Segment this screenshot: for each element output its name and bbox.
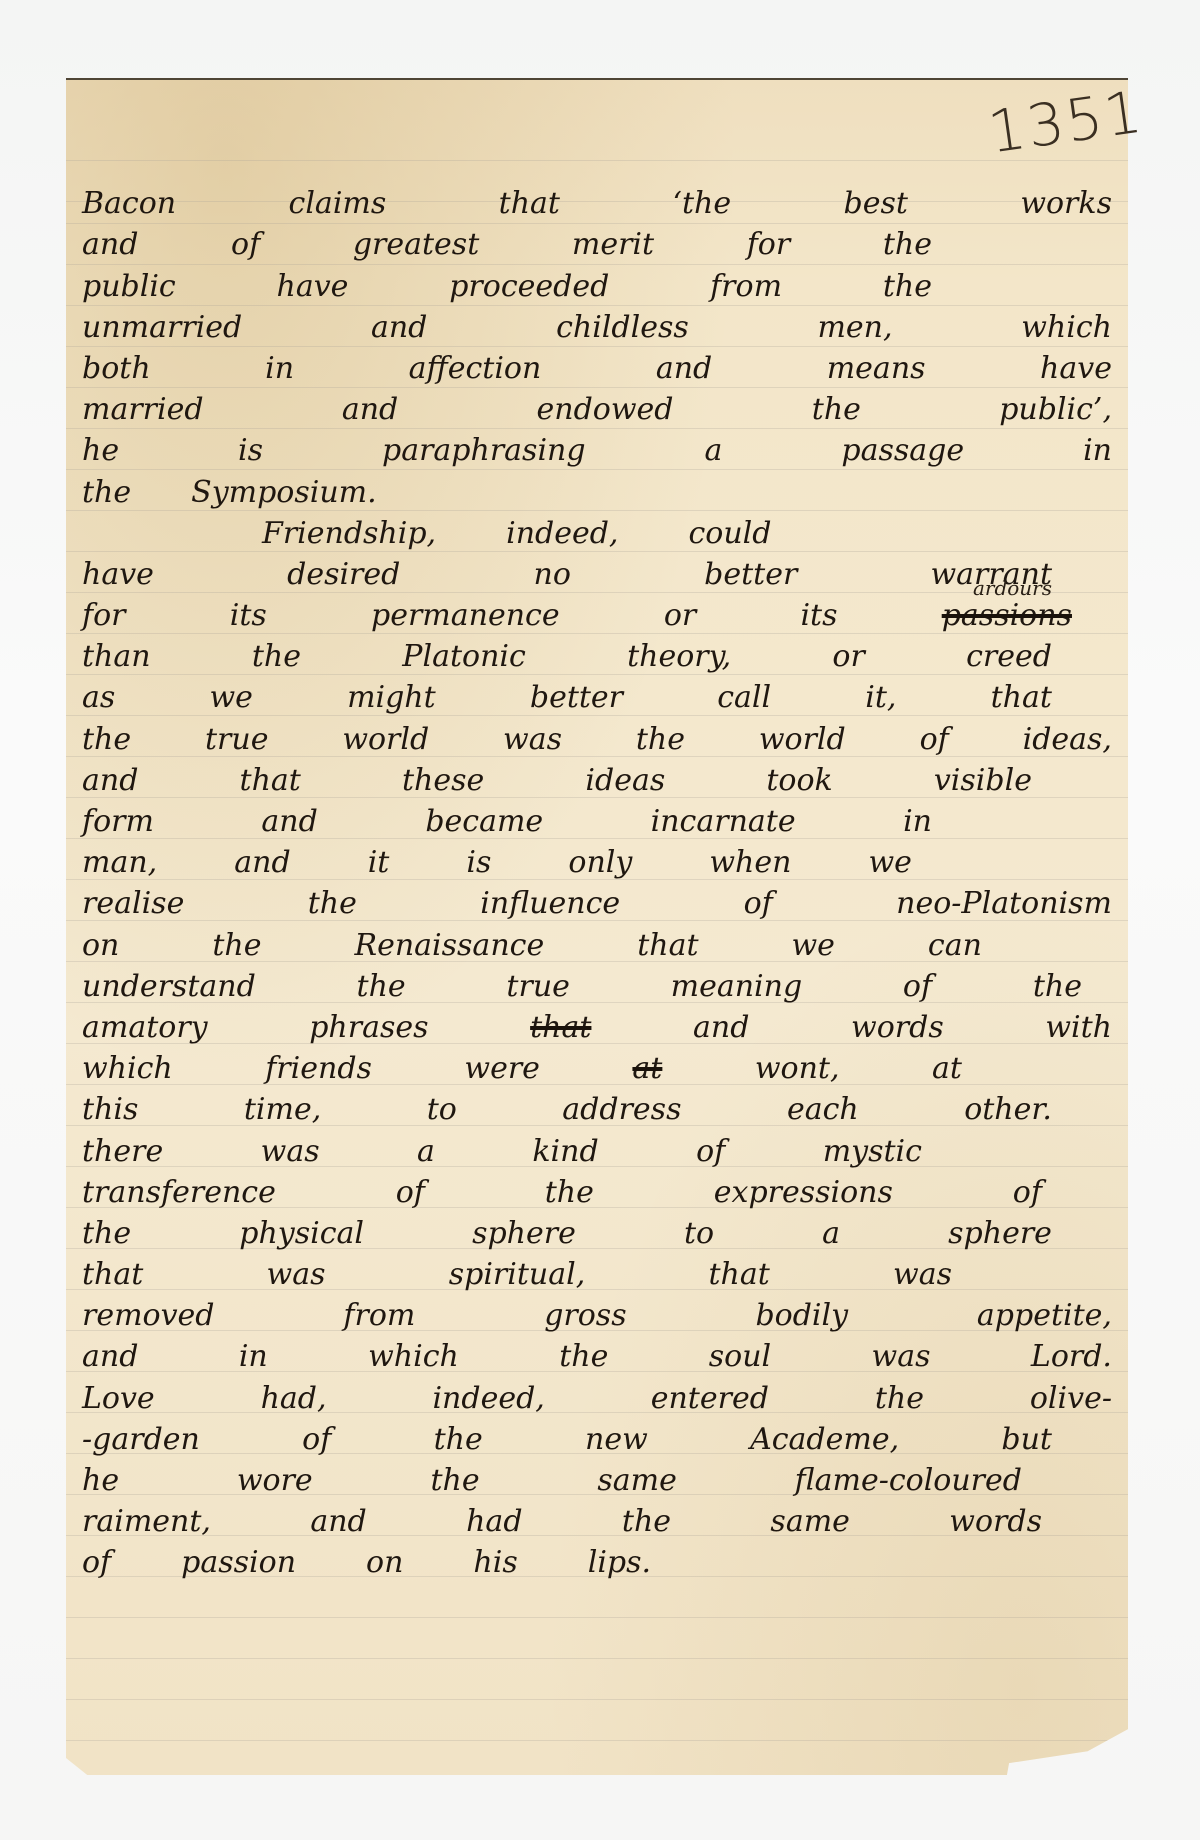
word: he bbox=[82, 433, 119, 468]
word: of bbox=[920, 722, 949, 757]
text-line: of passion on his lips. bbox=[82, 1539, 1112, 1580]
word: new bbox=[585, 1422, 648, 1457]
ruling-line bbox=[66, 1617, 1128, 1618]
text-line: raiment, and had the same words bbox=[82, 1498, 1112, 1539]
word: that bbox=[499, 186, 560, 221]
word: transference bbox=[82, 1175, 276, 1210]
word: -garden bbox=[82, 1422, 200, 1457]
text-line-paragraph-start: Friendship, indeed, could bbox=[82, 510, 1112, 551]
word: words bbox=[851, 1010, 944, 1045]
word: the bbox=[82, 1216, 131, 1251]
word: at bbox=[932, 1051, 962, 1086]
word: sphere bbox=[948, 1216, 1052, 1251]
word: and bbox=[82, 1339, 138, 1374]
word: theory, bbox=[627, 639, 731, 674]
word: can bbox=[928, 928, 982, 963]
word: of bbox=[1013, 1175, 1042, 1210]
word: in bbox=[239, 1339, 268, 1374]
word: his bbox=[473, 1545, 517, 1580]
word: the bbox=[1033, 969, 1082, 1004]
word: lips. bbox=[588, 1545, 651, 1580]
word: could bbox=[688, 516, 771, 551]
text-line: Bacon claims that ‘the best works bbox=[82, 180, 1112, 221]
word: incarnate bbox=[651, 804, 796, 839]
word: creed bbox=[966, 639, 1052, 674]
word: public’, bbox=[999, 392, 1112, 427]
struck-word: that bbox=[530, 1010, 591, 1045]
word: in bbox=[903, 804, 932, 839]
word: the bbox=[308, 886, 357, 921]
word: of bbox=[396, 1175, 425, 1210]
text-line: -garden of the new Academe, but bbox=[82, 1416, 1112, 1457]
text-line: which friends were at wont, at bbox=[82, 1045, 1112, 1086]
word: endowed bbox=[537, 392, 674, 427]
word: permanence bbox=[371, 598, 560, 633]
word: sphere bbox=[472, 1216, 576, 1251]
word: which bbox=[368, 1339, 459, 1374]
text-line: public have proceeded from the bbox=[82, 262, 1112, 303]
word: from bbox=[343, 1298, 415, 1333]
word: there bbox=[82, 1134, 163, 1169]
word: address bbox=[562, 1092, 681, 1127]
word: were bbox=[464, 1051, 540, 1086]
word: entered bbox=[651, 1381, 769, 1416]
word: the bbox=[212, 928, 261, 963]
word: had bbox=[466, 1504, 522, 1539]
text-line: he wore the same flame-coloured bbox=[82, 1457, 1112, 1498]
word: when bbox=[709, 845, 791, 880]
text-line: form and became incarnate in bbox=[82, 798, 1112, 839]
word: on bbox=[366, 1545, 403, 1580]
word: influence bbox=[480, 886, 620, 921]
word: claims bbox=[289, 186, 387, 221]
text-line: married and endowed the public’, bbox=[82, 386, 1112, 427]
word: and bbox=[261, 804, 317, 839]
word: gross bbox=[544, 1298, 626, 1333]
word: passage bbox=[841, 433, 964, 468]
text-line: amatory phrases that and words with bbox=[82, 1004, 1112, 1045]
word: the bbox=[545, 1175, 594, 1210]
word: and bbox=[82, 763, 138, 798]
word: was bbox=[872, 1339, 931, 1374]
text-line: and that these ideas took visible bbox=[82, 757, 1112, 798]
word: and bbox=[371, 310, 427, 345]
word: neo-Platonism bbox=[896, 886, 1112, 921]
word: physical bbox=[239, 1216, 364, 1251]
word: affection bbox=[409, 351, 542, 386]
word: public bbox=[82, 269, 176, 304]
word: and bbox=[693, 1010, 749, 1045]
word: amatory bbox=[82, 1010, 208, 1045]
word: married bbox=[82, 392, 204, 427]
word: only bbox=[568, 845, 632, 880]
word: he bbox=[82, 1463, 119, 1498]
word: phrases bbox=[309, 1010, 428, 1045]
word: from bbox=[710, 269, 782, 304]
word: soul bbox=[709, 1339, 771, 1374]
word: and bbox=[656, 351, 712, 386]
word: or bbox=[664, 598, 696, 633]
word: of bbox=[903, 969, 932, 1004]
word: the bbox=[812, 392, 861, 427]
word: best bbox=[843, 186, 907, 221]
text-line: for its permanence or its passions ardou… bbox=[82, 592, 1112, 633]
word: unmarried bbox=[82, 310, 242, 345]
text-line: understand the true meaning of the bbox=[82, 963, 1112, 1004]
word: its bbox=[230, 598, 267, 633]
word: the bbox=[82, 475, 131, 510]
word: call bbox=[717, 680, 771, 715]
word: the bbox=[252, 639, 301, 674]
word: appetite, bbox=[977, 1298, 1112, 1333]
word: wore bbox=[237, 1463, 313, 1498]
manuscript-text: Bacon claims that ‘the best works and of… bbox=[82, 180, 1112, 1580]
word: and bbox=[234, 845, 290, 880]
text-line: he is paraphrasing a passage in bbox=[82, 427, 1112, 468]
word: words bbox=[949, 1504, 1042, 1539]
word: spiritual, bbox=[449, 1257, 586, 1292]
text-line: have desired no better warrant bbox=[82, 551, 1112, 592]
word: meaning bbox=[671, 969, 803, 1004]
text-line: there was a kind of mystic bbox=[82, 1127, 1112, 1168]
word: same bbox=[597, 1463, 676, 1498]
word: Bacon bbox=[82, 186, 176, 221]
text-line: the Symposium. bbox=[82, 468, 1112, 509]
word: of bbox=[302, 1422, 331, 1457]
word: these bbox=[402, 763, 484, 798]
word: understand bbox=[82, 969, 256, 1004]
word: the bbox=[883, 269, 932, 304]
word: the bbox=[357, 969, 406, 1004]
word: this bbox=[82, 1092, 138, 1127]
ruling-line bbox=[66, 1658, 1128, 1659]
word: better bbox=[530, 680, 623, 715]
word: time, bbox=[244, 1092, 321, 1127]
word: indeed, bbox=[432, 1381, 544, 1416]
word: for bbox=[82, 598, 126, 633]
text-line: both in affection and means have bbox=[82, 345, 1112, 386]
word: kind bbox=[532, 1134, 598, 1169]
text-line: removed from gross bodily appetite, bbox=[82, 1292, 1112, 1333]
word: its bbox=[800, 598, 837, 633]
word: that bbox=[637, 928, 698, 963]
word: was bbox=[503, 722, 562, 757]
word: is bbox=[238, 433, 263, 468]
text-line: Love had, indeed, entered the olive- bbox=[82, 1374, 1112, 1415]
word: merit bbox=[572, 227, 654, 262]
word: took bbox=[766, 763, 832, 798]
word: same bbox=[770, 1504, 849, 1539]
word: that bbox=[708, 1257, 769, 1292]
word: other. bbox=[964, 1092, 1052, 1127]
word: ideas bbox=[585, 763, 665, 798]
word: we bbox=[868, 845, 911, 880]
word: world bbox=[759, 722, 846, 757]
word: passion bbox=[181, 1545, 296, 1580]
word: works bbox=[1020, 186, 1112, 221]
word: was bbox=[261, 1134, 320, 1169]
word: to bbox=[427, 1092, 457, 1127]
ruling-line bbox=[66, 160, 1128, 161]
word: to bbox=[684, 1216, 714, 1251]
word: Academe, bbox=[750, 1422, 899, 1457]
ruling-line bbox=[66, 1699, 1128, 1700]
word: have bbox=[277, 269, 349, 304]
word: realise bbox=[82, 886, 184, 921]
word: than bbox=[82, 639, 151, 674]
text-line: the physical sphere to a sphere bbox=[82, 1210, 1112, 1251]
text-line: on the Renaissance that we can bbox=[82, 921, 1112, 962]
word: with bbox=[1045, 1010, 1112, 1045]
word: we bbox=[209, 680, 252, 715]
word: as bbox=[82, 680, 115, 715]
word: Platonic bbox=[402, 639, 526, 674]
text-line: unmarried and childless men, which bbox=[82, 304, 1112, 345]
word: was bbox=[267, 1257, 326, 1292]
word: proceeded bbox=[449, 269, 609, 304]
word: indeed, bbox=[506, 516, 618, 551]
word: a bbox=[822, 1216, 840, 1251]
word: was bbox=[893, 1257, 952, 1292]
word: paraphrasing bbox=[382, 433, 586, 468]
word: wont, bbox=[755, 1051, 840, 1086]
word: that bbox=[82, 1257, 143, 1292]
word: ideas, bbox=[1023, 722, 1112, 757]
word: the bbox=[559, 1339, 608, 1374]
word: form bbox=[82, 804, 154, 839]
word: it, bbox=[865, 680, 896, 715]
word: and bbox=[82, 227, 138, 262]
word: no bbox=[534, 557, 571, 592]
interlinear-insertion: ardours bbox=[973, 576, 1052, 600]
word: in bbox=[1083, 433, 1112, 468]
word: visible bbox=[934, 763, 1032, 798]
struck-word: passions bbox=[942, 598, 1072, 633]
word: is bbox=[466, 845, 491, 880]
word: better bbox=[704, 557, 797, 592]
word: Symposium. bbox=[191, 475, 377, 510]
word: world bbox=[342, 722, 429, 757]
word: the bbox=[875, 1381, 924, 1416]
text-line: transference of the expressions of bbox=[82, 1169, 1112, 1210]
word: of bbox=[744, 886, 773, 921]
text-line: and in which the soul was Lord. bbox=[82, 1333, 1112, 1374]
word: friends bbox=[265, 1051, 372, 1086]
word: had, bbox=[261, 1381, 327, 1416]
word: which bbox=[1021, 310, 1112, 345]
word: a bbox=[705, 433, 723, 468]
word: a bbox=[417, 1134, 435, 1169]
word: have bbox=[82, 557, 154, 592]
word: became bbox=[425, 804, 543, 839]
word: we bbox=[792, 928, 835, 963]
word: expressions bbox=[714, 1175, 893, 1210]
word: the bbox=[434, 1422, 483, 1457]
word: it bbox=[368, 845, 390, 880]
word: greatest bbox=[353, 227, 479, 262]
word: or bbox=[832, 639, 864, 674]
word: in bbox=[265, 351, 294, 386]
word: and bbox=[342, 392, 398, 427]
word: the bbox=[430, 1463, 479, 1498]
word: each bbox=[787, 1092, 859, 1127]
word: Love bbox=[82, 1381, 155, 1416]
word: the bbox=[883, 227, 932, 262]
word: which bbox=[82, 1051, 173, 1086]
text-line: this time, to address each other. bbox=[82, 1086, 1112, 1127]
word: Lord. bbox=[1031, 1339, 1112, 1374]
word: the bbox=[82, 722, 131, 757]
text-line: realise the influence of neo-Platonism bbox=[82, 880, 1112, 921]
word: removed bbox=[82, 1298, 215, 1333]
text-line: than the Platonic theory, or creed bbox=[82, 633, 1112, 674]
word: bodily bbox=[755, 1298, 848, 1333]
text-line: and of greatest merit for the bbox=[82, 221, 1112, 262]
word: and bbox=[310, 1504, 366, 1539]
ruling-line bbox=[66, 1740, 1128, 1741]
word: true bbox=[506, 969, 569, 1004]
word: man, bbox=[82, 845, 157, 880]
text-line: the true world was the world of ideas, bbox=[82, 715, 1112, 756]
word: the bbox=[636, 722, 685, 757]
text-line: as we might better call it, that bbox=[82, 674, 1112, 715]
word: men, bbox=[817, 310, 892, 345]
word: might bbox=[347, 680, 436, 715]
text-line: that was spiritual, that was bbox=[82, 1251, 1112, 1292]
word: desired bbox=[287, 557, 400, 592]
word: on bbox=[82, 928, 119, 963]
word: Renaissance bbox=[355, 928, 545, 963]
word: have bbox=[1040, 351, 1112, 386]
word: but bbox=[1001, 1422, 1052, 1457]
word: that bbox=[240, 763, 301, 798]
word: the bbox=[622, 1504, 671, 1539]
word: olive- bbox=[1030, 1381, 1112, 1416]
word: flame-coloured bbox=[795, 1463, 1022, 1498]
struck-word: at bbox=[632, 1051, 662, 1086]
word: Friendship, bbox=[262, 516, 436, 551]
word: childless bbox=[556, 310, 689, 345]
word: both bbox=[82, 351, 151, 386]
word: of bbox=[696, 1134, 725, 1169]
word: ‘the bbox=[672, 186, 731, 221]
text-line: man, and it is only when we bbox=[82, 839, 1112, 880]
word: of bbox=[231, 227, 260, 262]
word: of bbox=[82, 1545, 111, 1580]
word: raiment, bbox=[82, 1504, 211, 1539]
word: for bbox=[747, 227, 791, 262]
word: means bbox=[827, 351, 926, 386]
word: mystic bbox=[823, 1134, 922, 1169]
word: true bbox=[205, 722, 268, 757]
word: that bbox=[991, 680, 1052, 715]
